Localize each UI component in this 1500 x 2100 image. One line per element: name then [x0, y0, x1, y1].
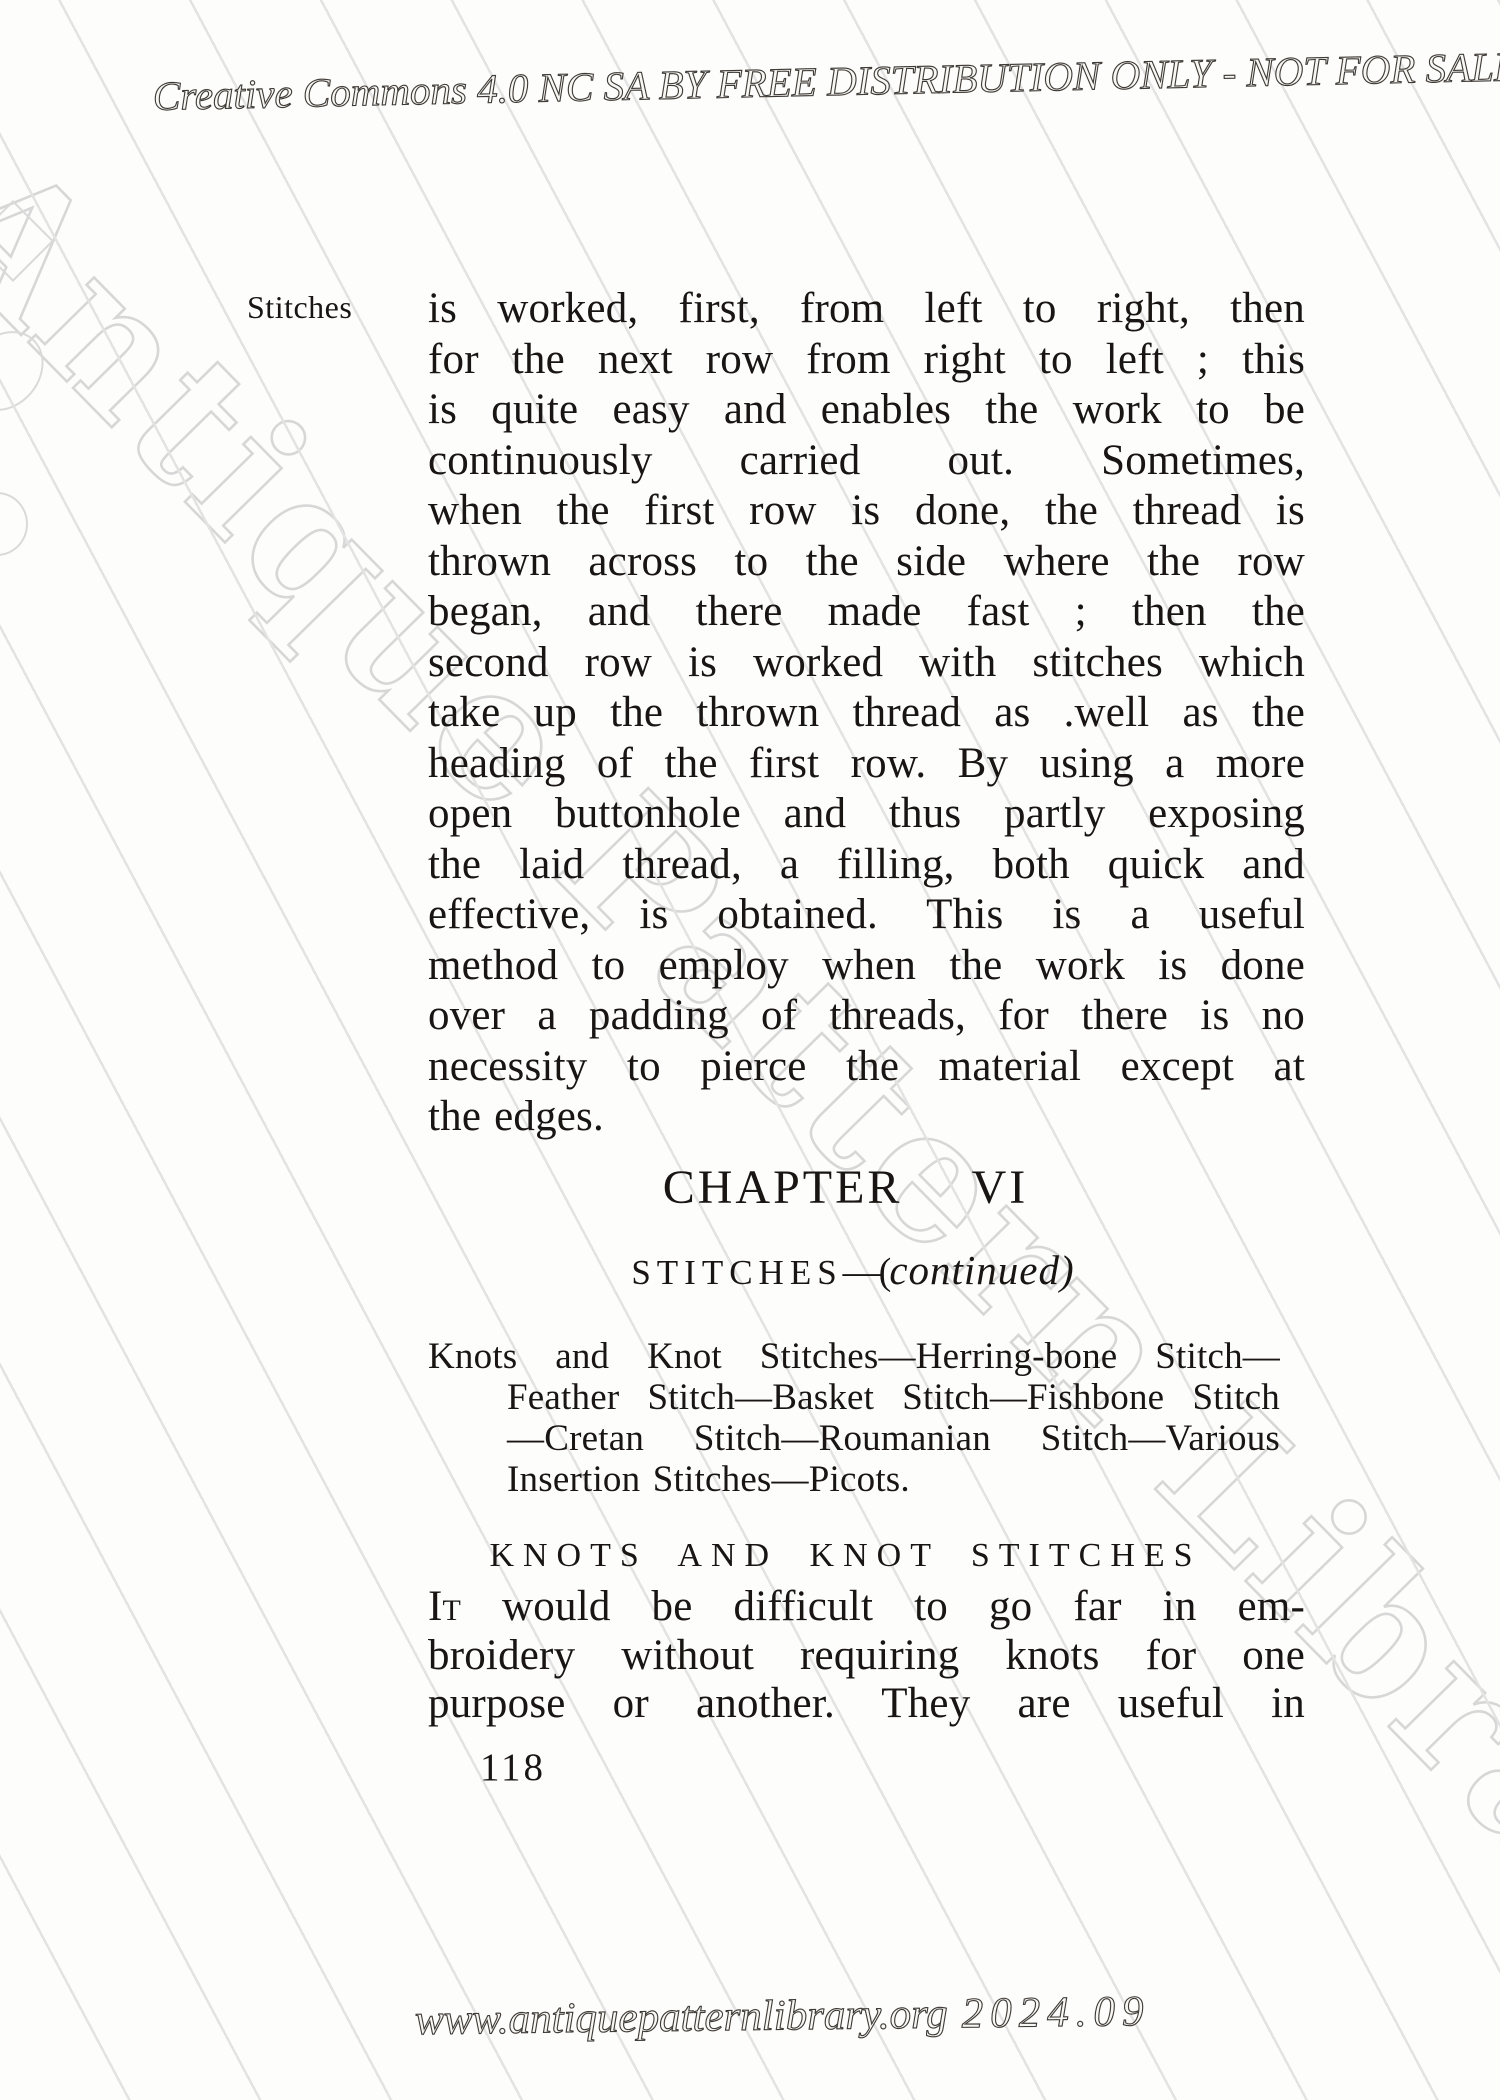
body-paragraph: is worked, first, from left to right, th… — [428, 284, 1305, 1143]
body-line: the edges. — [428, 1092, 1305, 1143]
summary-line: Insertion Stitches—Picots. — [428, 1459, 1280, 1500]
body-line: It would be difficult to go far in em- — [428, 1583, 1305, 1632]
summary-line: Feather Stitch—Basket Stitch—Fishbone St… — [428, 1377, 1280, 1418]
body-line: heading of the first row. By using a mor… — [428, 739, 1305, 790]
license-header-stamp: Creative Commons 4.0 NC SA BY FREE DISTR… — [152, 42, 1500, 120]
chapter-title: CHAPTER VI — [407, 1160, 1284, 1215]
body-line: open buttonhole and thus partly exposing — [428, 789, 1305, 840]
body-line: broidery without requiring knots for one — [428, 1632, 1305, 1681]
body-line: for the next row from right to left ; th… — [428, 335, 1305, 386]
body-line: began, and there made fast ; then the — [428, 587, 1305, 638]
body-line: method to employ when the work is done — [428, 941, 1305, 992]
footer-edition: 2024.09 — [961, 1988, 1150, 2037]
body-line: continuously carried out. Sometimes, — [428, 436, 1305, 487]
chapter-subtitle-smallcaps: STITCHES — [631, 1253, 842, 1292]
footer-stamp: www.antiquepatternlibrary.org2024.09 — [415, 1987, 1151, 2045]
body-line: second row is worked with stitches which — [428, 638, 1305, 689]
body-line: is worked, first, from left to right, th… — [428, 284, 1305, 335]
margin-note: Stitches — [247, 289, 352, 326]
section-heading: KNOTS AND KNOT STITCHES — [407, 1537, 1284, 1575]
body-line: take up the thrown thread as .well as th… — [428, 688, 1305, 739]
chapter-subtitle-dash: —( — [843, 1251, 890, 1293]
paragraph-lead-word: It — [428, 1583, 461, 1630]
body-paragraph: It would be difficult to go far in em- b… — [428, 1583, 1305, 1729]
body-line-rest: would be difficult to go far in em- — [461, 1583, 1305, 1630]
body-line: the laid thread, a filling, both quick a… — [428, 840, 1305, 891]
body-line: necessity to pierce the material except … — [428, 1042, 1305, 1093]
scanned-book-page: Antique Pattern Library Creative Commons… — [0, 0, 1500, 2100]
body-line: thrown across to the side where the row — [428, 537, 1305, 588]
summary-line: Knots and Knot Stitches—Herring-bone Sti… — [428, 1336, 1280, 1377]
body-line: when the first row is done, the thread i… — [428, 486, 1305, 537]
body-line: effective, is obtained. This is a useful — [428, 890, 1305, 941]
chapter-summary: Knots and Knot Stitches—Herring-bone Sti… — [428, 1336, 1280, 1500]
page-content: Creative Commons 4.0 NC SA BY FREE DISTR… — [0, 0, 1500, 2100]
body-line: is quite easy and enables the work to be — [428, 385, 1305, 436]
footer-url: www.antiquepatternlibrary.org — [415, 1990, 948, 2044]
chapter-subtitle-close-paren: ) — [1060, 1247, 1074, 1293]
chapter-subtitle-italic: continued — [889, 1247, 1060, 1293]
summary-line: —Cretan Stitch—Roumanian Stitch—Various — [428, 1418, 1280, 1459]
chapter-subtitle: STITCHES—(continued) — [414, 1246, 1291, 1294]
page-number: 118 — [480, 1745, 546, 1790]
body-line: purpose or another. They are useful in — [428, 1680, 1305, 1729]
body-line: over a padding of threads, for there is … — [428, 991, 1305, 1042]
